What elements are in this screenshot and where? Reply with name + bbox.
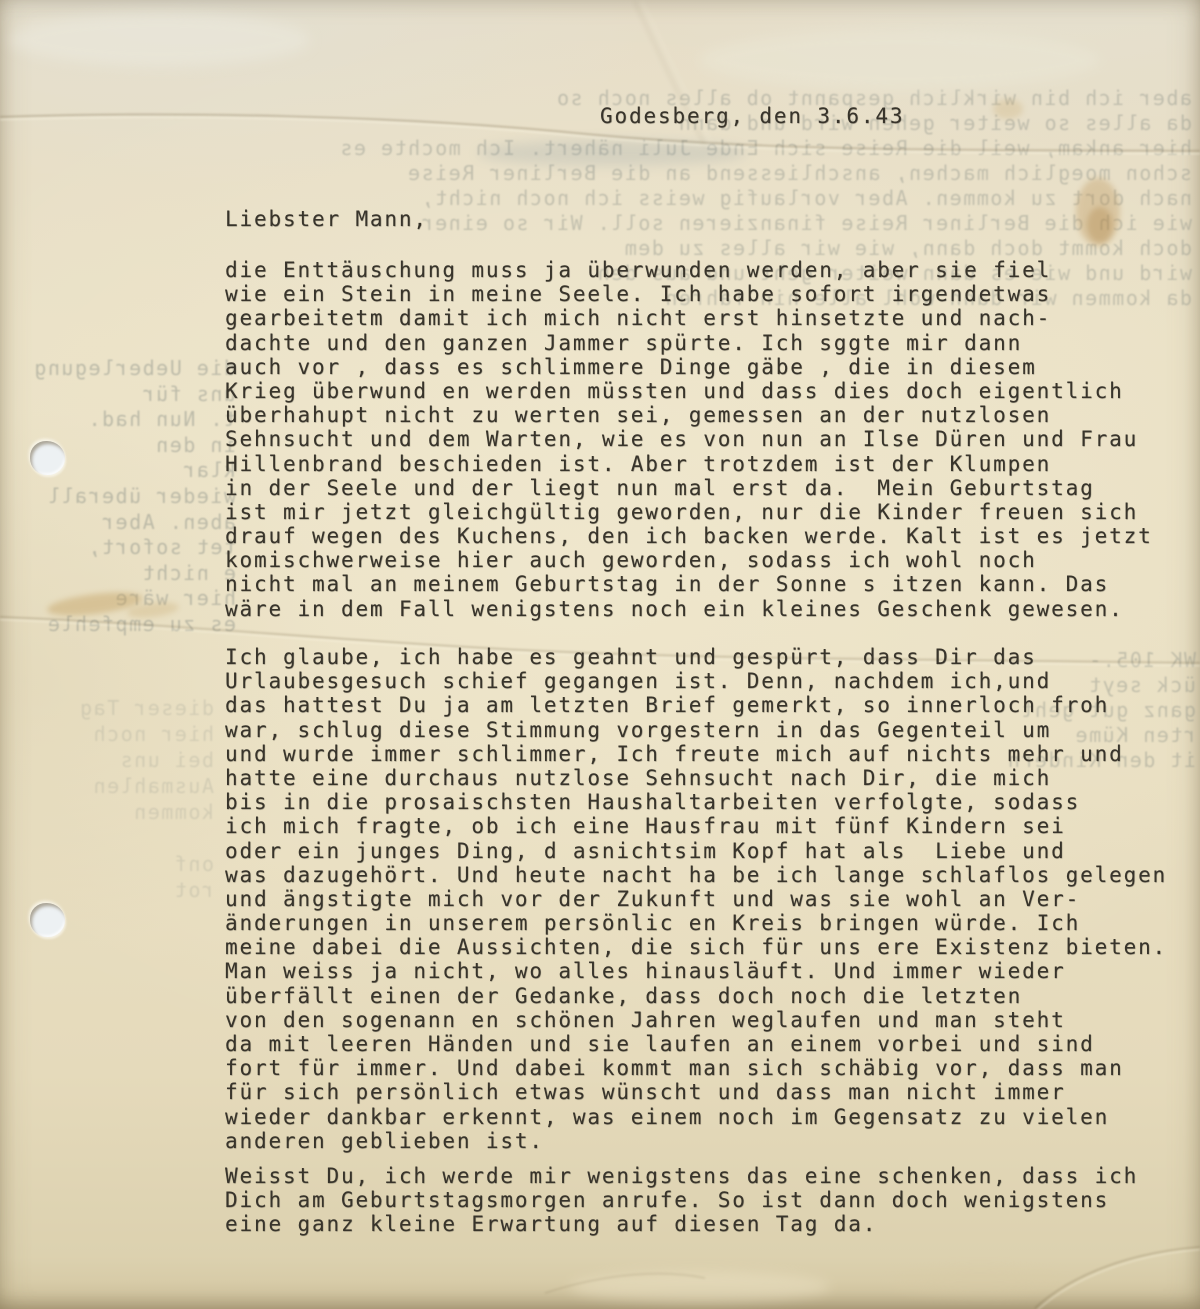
paragraph-2: Ich glaube, ich habe es geahnt und gespü… (225, 645, 1167, 1153)
text-line: t. Nun had. (0, 407, 236, 433)
text-line: uns für (0, 382, 236, 408)
letter-scan: aber ich bin wirklich gespannt ob alles … (0, 0, 1200, 1309)
text-line: da mit leeren Händen und sie laufen an e… (225, 1032, 1167, 1056)
text-line: auch vor , dass es schlimmere Dinge gäbe… (225, 355, 1153, 379)
crease-bottom-right (545, 1247, 1200, 1309)
text-line: was dazugehört. Und heute nacht ha be ic… (225, 863, 1167, 887)
text-line: meine dabei die Aussichten, die sich für… (225, 935, 1167, 959)
punch-hole-top (30, 441, 65, 475)
text-line: und ängstigte mich vor der Zukunft und w… (225, 887, 1167, 911)
punch-hole-bottom (30, 903, 65, 937)
text-line: die Ueberlegung (0, 356, 236, 382)
text-line: bis in die prosaischsten Haushaltarbeite… (225, 790, 1167, 814)
stain-small-top (993, 99, 1023, 119)
text-line: und wurde immer schlimmer, Ich freute mi… (225, 742, 1167, 766)
text-line: Weisst Du, ich werde mir wenigstens das … (225, 1164, 1138, 1188)
crumple-shadow-bottom-right (890, 1268, 1070, 1296)
text-line: kommen (0, 799, 214, 825)
text-line: wie ein Stein in meine Seele. Ich habe s… (225, 282, 1153, 306)
text-line: hier wäre (0, 586, 236, 612)
text-line: in der Seele und der liegt nun mal erst … (225, 476, 1153, 500)
text-line: war, schlug diese Stimmung vorgestern in… (225, 718, 1167, 742)
text-line: hatte eine durchaus nutzlose Sehnsucht n… (225, 766, 1167, 790)
text-line: hier noch (0, 721, 214, 747)
text-line: wieder dankbar erkennt, was einem noch i… (225, 1105, 1167, 1129)
text-line: dachte und den ganzen Jammer spürte. Ich… (225, 331, 1153, 355)
text-line: Sehnsucht und dem Warten, wie es von nun… (225, 427, 1153, 451)
text-line: Ausmahlen (0, 773, 214, 799)
text-line: dieser Tag (0, 695, 214, 721)
text-line: Man weiss ja nicht, wo alles hinausläuft… (225, 959, 1167, 983)
text-line: fort für immer. Und dabei kommt man sich… (225, 1056, 1167, 1080)
text-line: Krieg überwund en werden müssten und das… (225, 379, 1153, 403)
text-line: rot (0, 877, 214, 903)
paragraph-1: die Enttäuschung muss ja überwunden werd… (225, 258, 1153, 621)
text-line: onf (0, 851, 214, 877)
bleedthrough-left-block: die Ueberlegunguns fürt. Nun had.in denk… (0, 356, 236, 638)
text-line: überhahupt nicht zu werten sei, gemessen… (225, 403, 1153, 427)
salutation: Liebster Mann, (225, 207, 428, 231)
text-line: schon moeglich machen, anschliessend an … (230, 161, 1192, 186)
bleedthrough-lower-left-block: dieser Taghier nochbei unsAusmahlenkomme… (0, 695, 214, 903)
text-line: wäre in dem Fall wenigstens noch ein kle… (225, 597, 1153, 621)
text-line (0, 825, 214, 851)
text-line: die Enttäuschung muss ja überwunden werd… (225, 258, 1153, 282)
crumple-highlight-top-right (700, 30, 1100, 90)
stain-top-right-brown (1076, 178, 1120, 246)
text-line: oder ein junges Ding, d asnichtsim Kopf … (225, 839, 1167, 863)
text-line: Ich glaube, ich habe es geahnt und gespü… (225, 645, 1167, 669)
stain-left-streak (46, 584, 180, 630)
text-line: Dich am Geburtstagsmorgen anrufe. So ist… (225, 1188, 1138, 1212)
paragraph-3: Weisst Du, ich werde mir wenigstens das … (225, 1164, 1138, 1237)
text-line: drauf wegen des Kuchens, den ich backen … (225, 524, 1153, 548)
text-line: wieder überall (0, 484, 236, 510)
text-line: bei uns (0, 747, 214, 773)
text-line: das hattest Du ja am letzten Brief gemer… (225, 693, 1167, 717)
text-line: ich mich fragte, ob ich eine Hausfrau mi… (225, 814, 1167, 838)
text-line: aben. Aber (0, 510, 236, 536)
text-line: komischwerweise hier auch geworden, soda… (225, 548, 1153, 572)
crumple-highlight-top-left (10, 14, 310, 66)
text-line: e nicht (0, 561, 236, 587)
text-line: überfällt einen der Gedanke, dass doch n… (225, 984, 1167, 1008)
text-line: tet sofort, (0, 535, 236, 561)
text-line: ist mir jetzt gleichgültig geworden, nur… (225, 500, 1153, 524)
text-line: für sich persönlich etwas wünscht und da… (225, 1080, 1167, 1104)
text-line: eine ganz kleine Erwartung auf diesen Ta… (225, 1212, 1138, 1236)
text-line: von den sogenann en schönen Jahren wegla… (225, 1008, 1167, 1032)
text-line: Urlaubesgesuch schief gegangen ist. Denn… (225, 669, 1167, 693)
crumple-highlight-bottom (570, 1271, 830, 1303)
text-line: änderungen in unserem persönlic en Kreis… (225, 911, 1167, 935)
text-line: anderen geblieben ist. (225, 1129, 1167, 1153)
text-line: es zu empfehle (0, 612, 236, 638)
text-line: Hillenbrand beschieden ist. Aber trotzde… (225, 452, 1153, 476)
text-line: hier ankam, weil die Reise sich Ende Jul… (230, 136, 1192, 161)
smear-blue-top (477, 140, 747, 166)
dateline: Godesberg, den 3.6.43 (600, 104, 904, 128)
text-line: gearbeitetm damit ich mich nicht erst hi… (225, 306, 1153, 330)
stain-top-right-brown-core (1087, 207, 1113, 243)
text-line: nicht mal an meinem Geburtstag in der So… (225, 572, 1153, 596)
